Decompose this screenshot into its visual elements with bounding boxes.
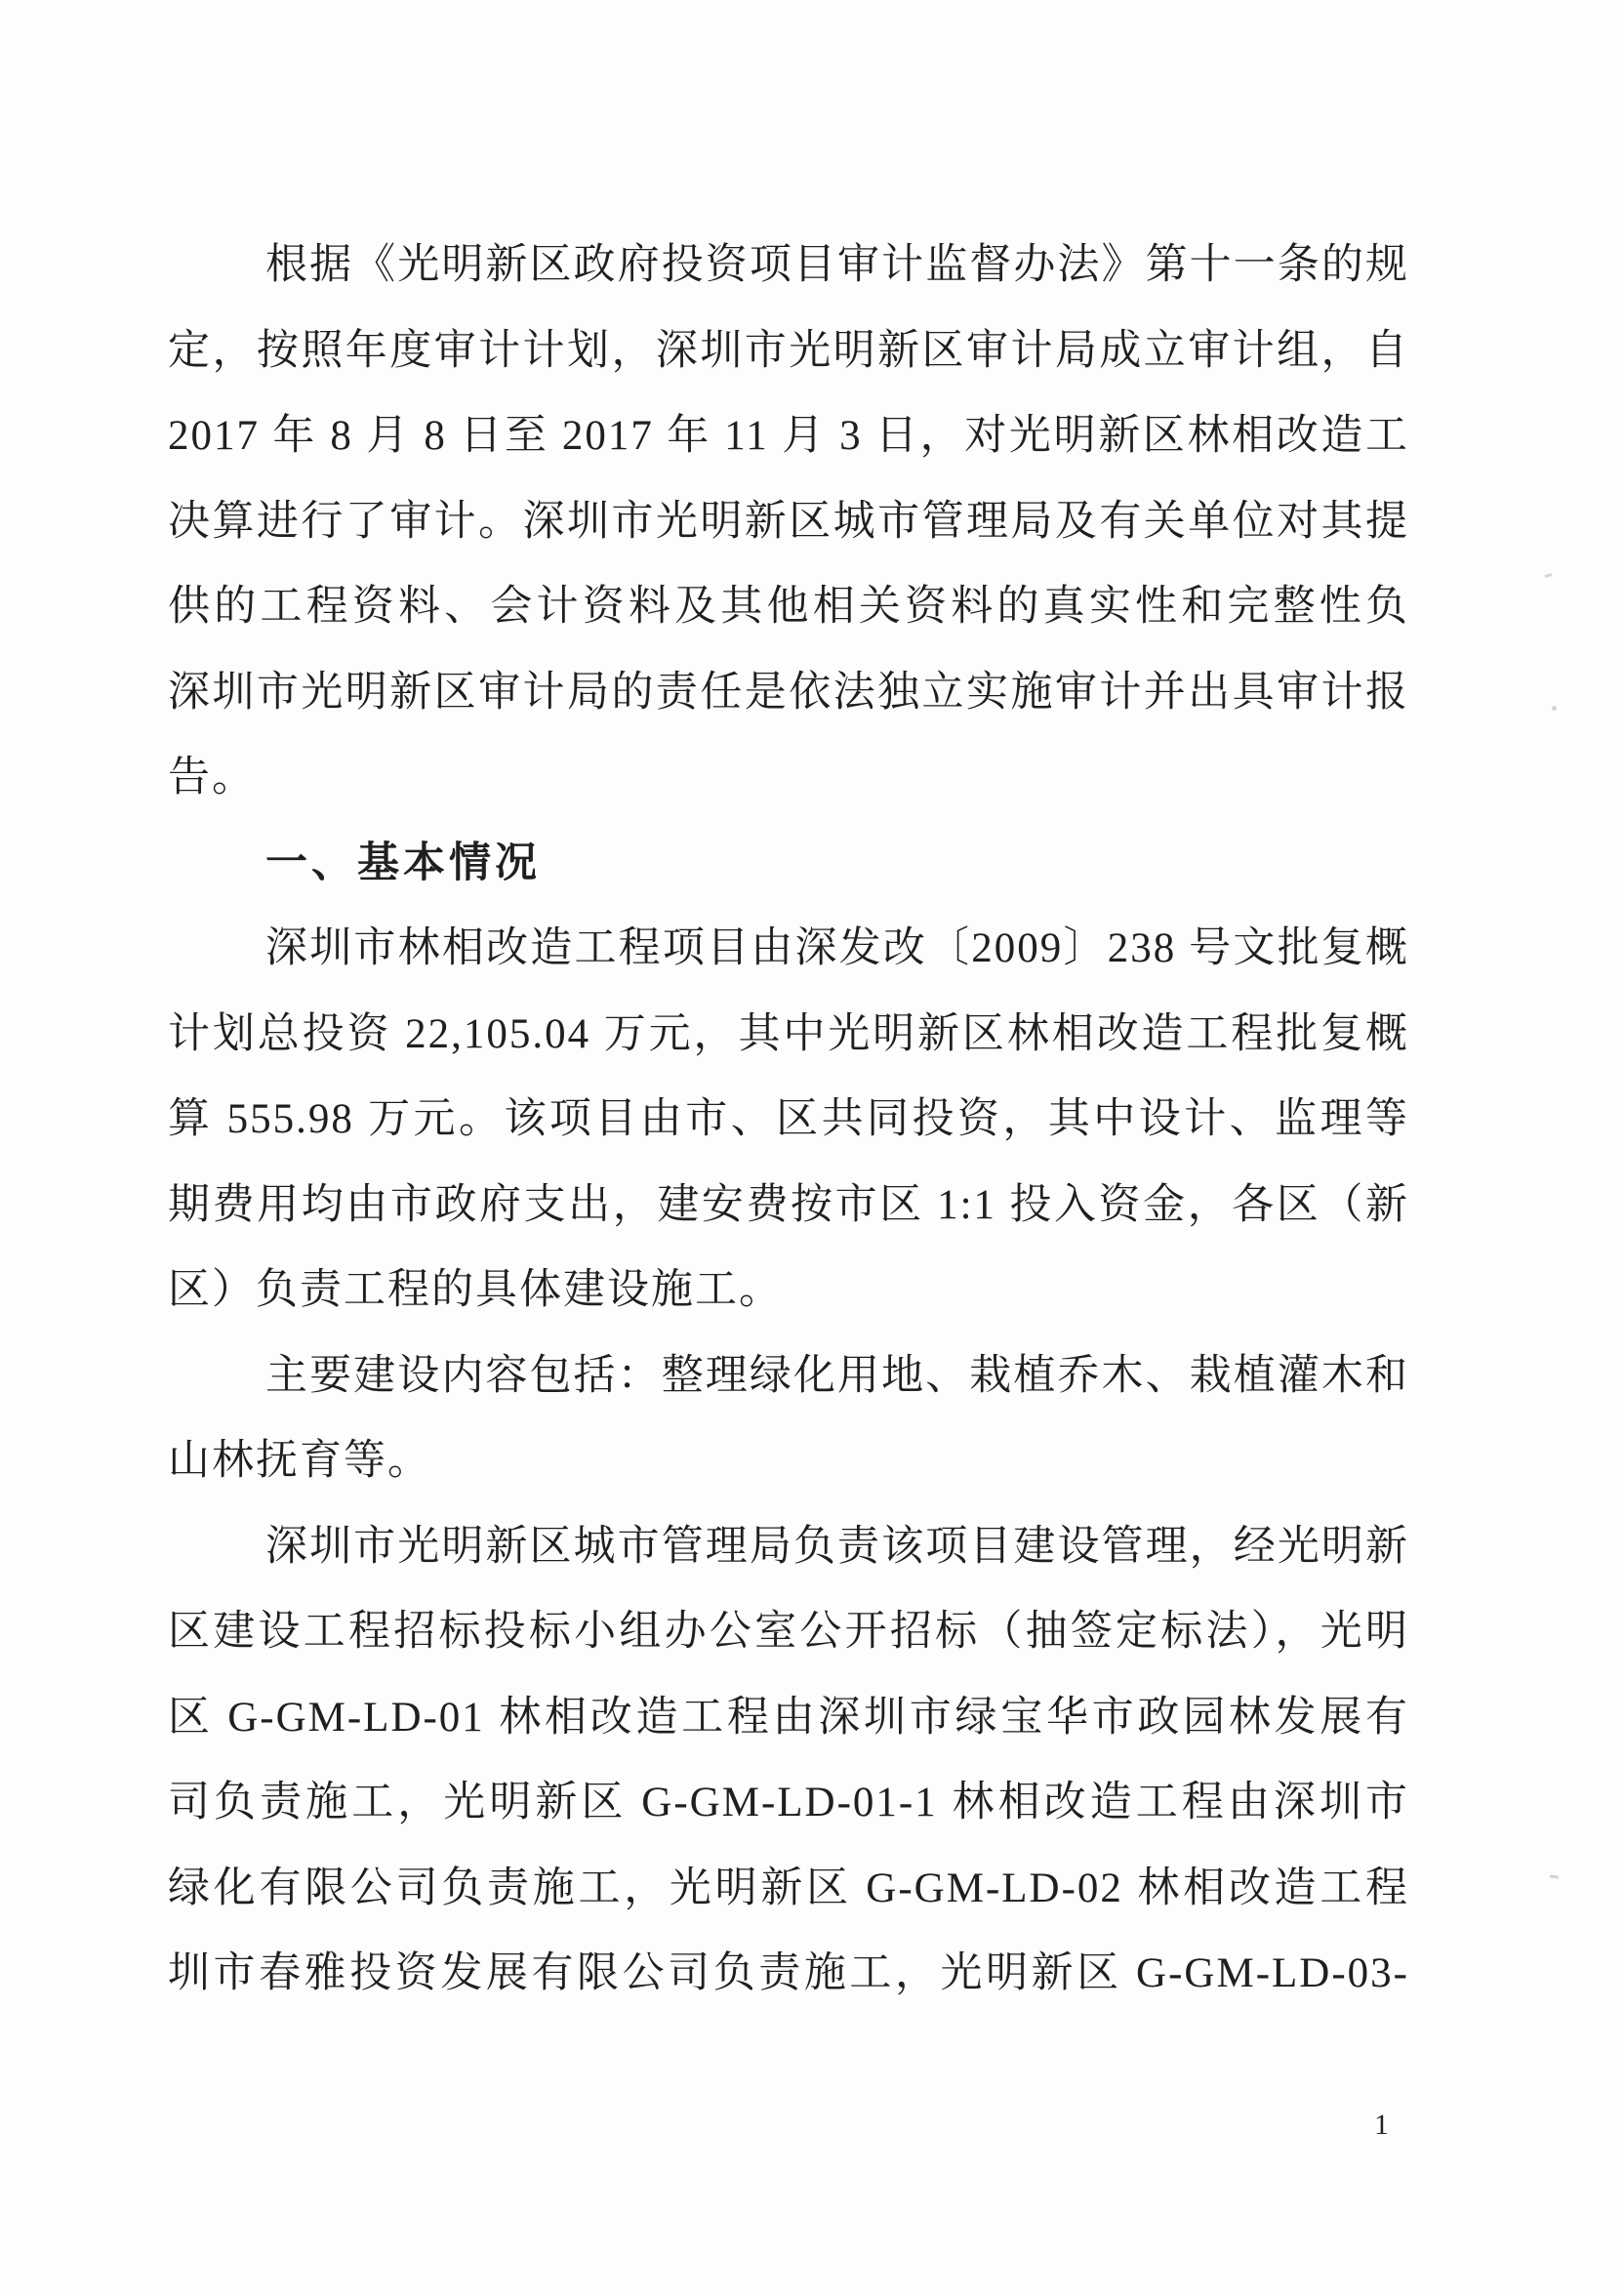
text-line: 深圳市光明新区审计局的责任是依法独立实施审计并出具审计报 bbox=[168, 650, 1409, 736]
text-line: 根据《光明新区政府投资项目审计监督办法》第十一条的规 bbox=[168, 223, 1409, 308]
text-line: 供的工程资料、会计资料及其他相关资料的真实性和完整性负责。 bbox=[168, 564, 1409, 650]
text-line: 主要建设内容包括：整理绿化用地、栽植乔木、栽植灌木和 bbox=[168, 1333, 1409, 1419]
text-line: 司负责施工，光明新区 G-GM-LD-01-1 林相改造工程由深圳市枫叶 bbox=[168, 1760, 1409, 1846]
text-line: 决算进行了审计。深圳市光明新区城市管理局及有关单位对其提 bbox=[168, 479, 1409, 565]
text-line: 定，按照年度审计计划，深圳市光明新区审计局成立审计组，自 bbox=[168, 308, 1409, 394]
document-page: 根据《光明新区政府投资项目审计监督办法》第十一条的规 定，按照年度审计计划，深圳… bbox=[0, 0, 1624, 2296]
text-line: 期费用均由市政府支出，建安费按市区 1:1 投入资金，各区（新 bbox=[168, 1163, 1409, 1249]
scan-artifact bbox=[1552, 706, 1557, 711]
page-number: 1 bbox=[1374, 2109, 1389, 2142]
text-line: 山林抚育等。 bbox=[168, 1418, 1409, 1504]
text-line: 算 555.98 万元。该项目由市、区共同投资，其中设计、监理等前 bbox=[168, 1077, 1409, 1163]
section-heading: 一、基本情况 bbox=[168, 821, 1409, 907]
text-line: 2017 年 8 月 8 日至 2017 年 11 月 3 日，对光明新区林相改… bbox=[168, 393, 1409, 479]
text-line: 计划总投资 22,105.04 万元，其中光明新区林相改造工程批复概 bbox=[168, 992, 1409, 1078]
text-line: 区 G-GM-LD-01 林相改造工程由深圳市绿宝华市政园林发展有限公 bbox=[168, 1675, 1409, 1761]
scan-artifact bbox=[1550, 1874, 1559, 1878]
text-line: 绿化有限公司负责施工，光明新区 G-GM-LD-02 林相改造工程由深 bbox=[168, 1846, 1409, 1932]
text-line: 深圳市光明新区城市管理局负责该项目建设管理，经光明新 bbox=[168, 1504, 1409, 1590]
text-line: 区）负责工程的具体建设施工。 bbox=[168, 1248, 1409, 1333]
text-line: 告。 bbox=[168, 735, 1409, 821]
scan-artifact bbox=[1545, 573, 1553, 578]
text-line: 圳市春雅投资发展有限公司负责施工，光明新区 G-GM-LD-03-TR bbox=[168, 1931, 1409, 2017]
text-line: 区建设工程招标投标小组办公室公开招标（抽签定标法），光明新 bbox=[168, 1589, 1409, 1675]
document-text-block: 根据《光明新区政府投资项目审计监督办法》第十一条的规 定，按照年度审计计划，深圳… bbox=[168, 223, 1409, 2017]
text-line: 深圳市林相改造工程项目由深发改〔2009〕238 号文批复概算， bbox=[168, 906, 1409, 992]
